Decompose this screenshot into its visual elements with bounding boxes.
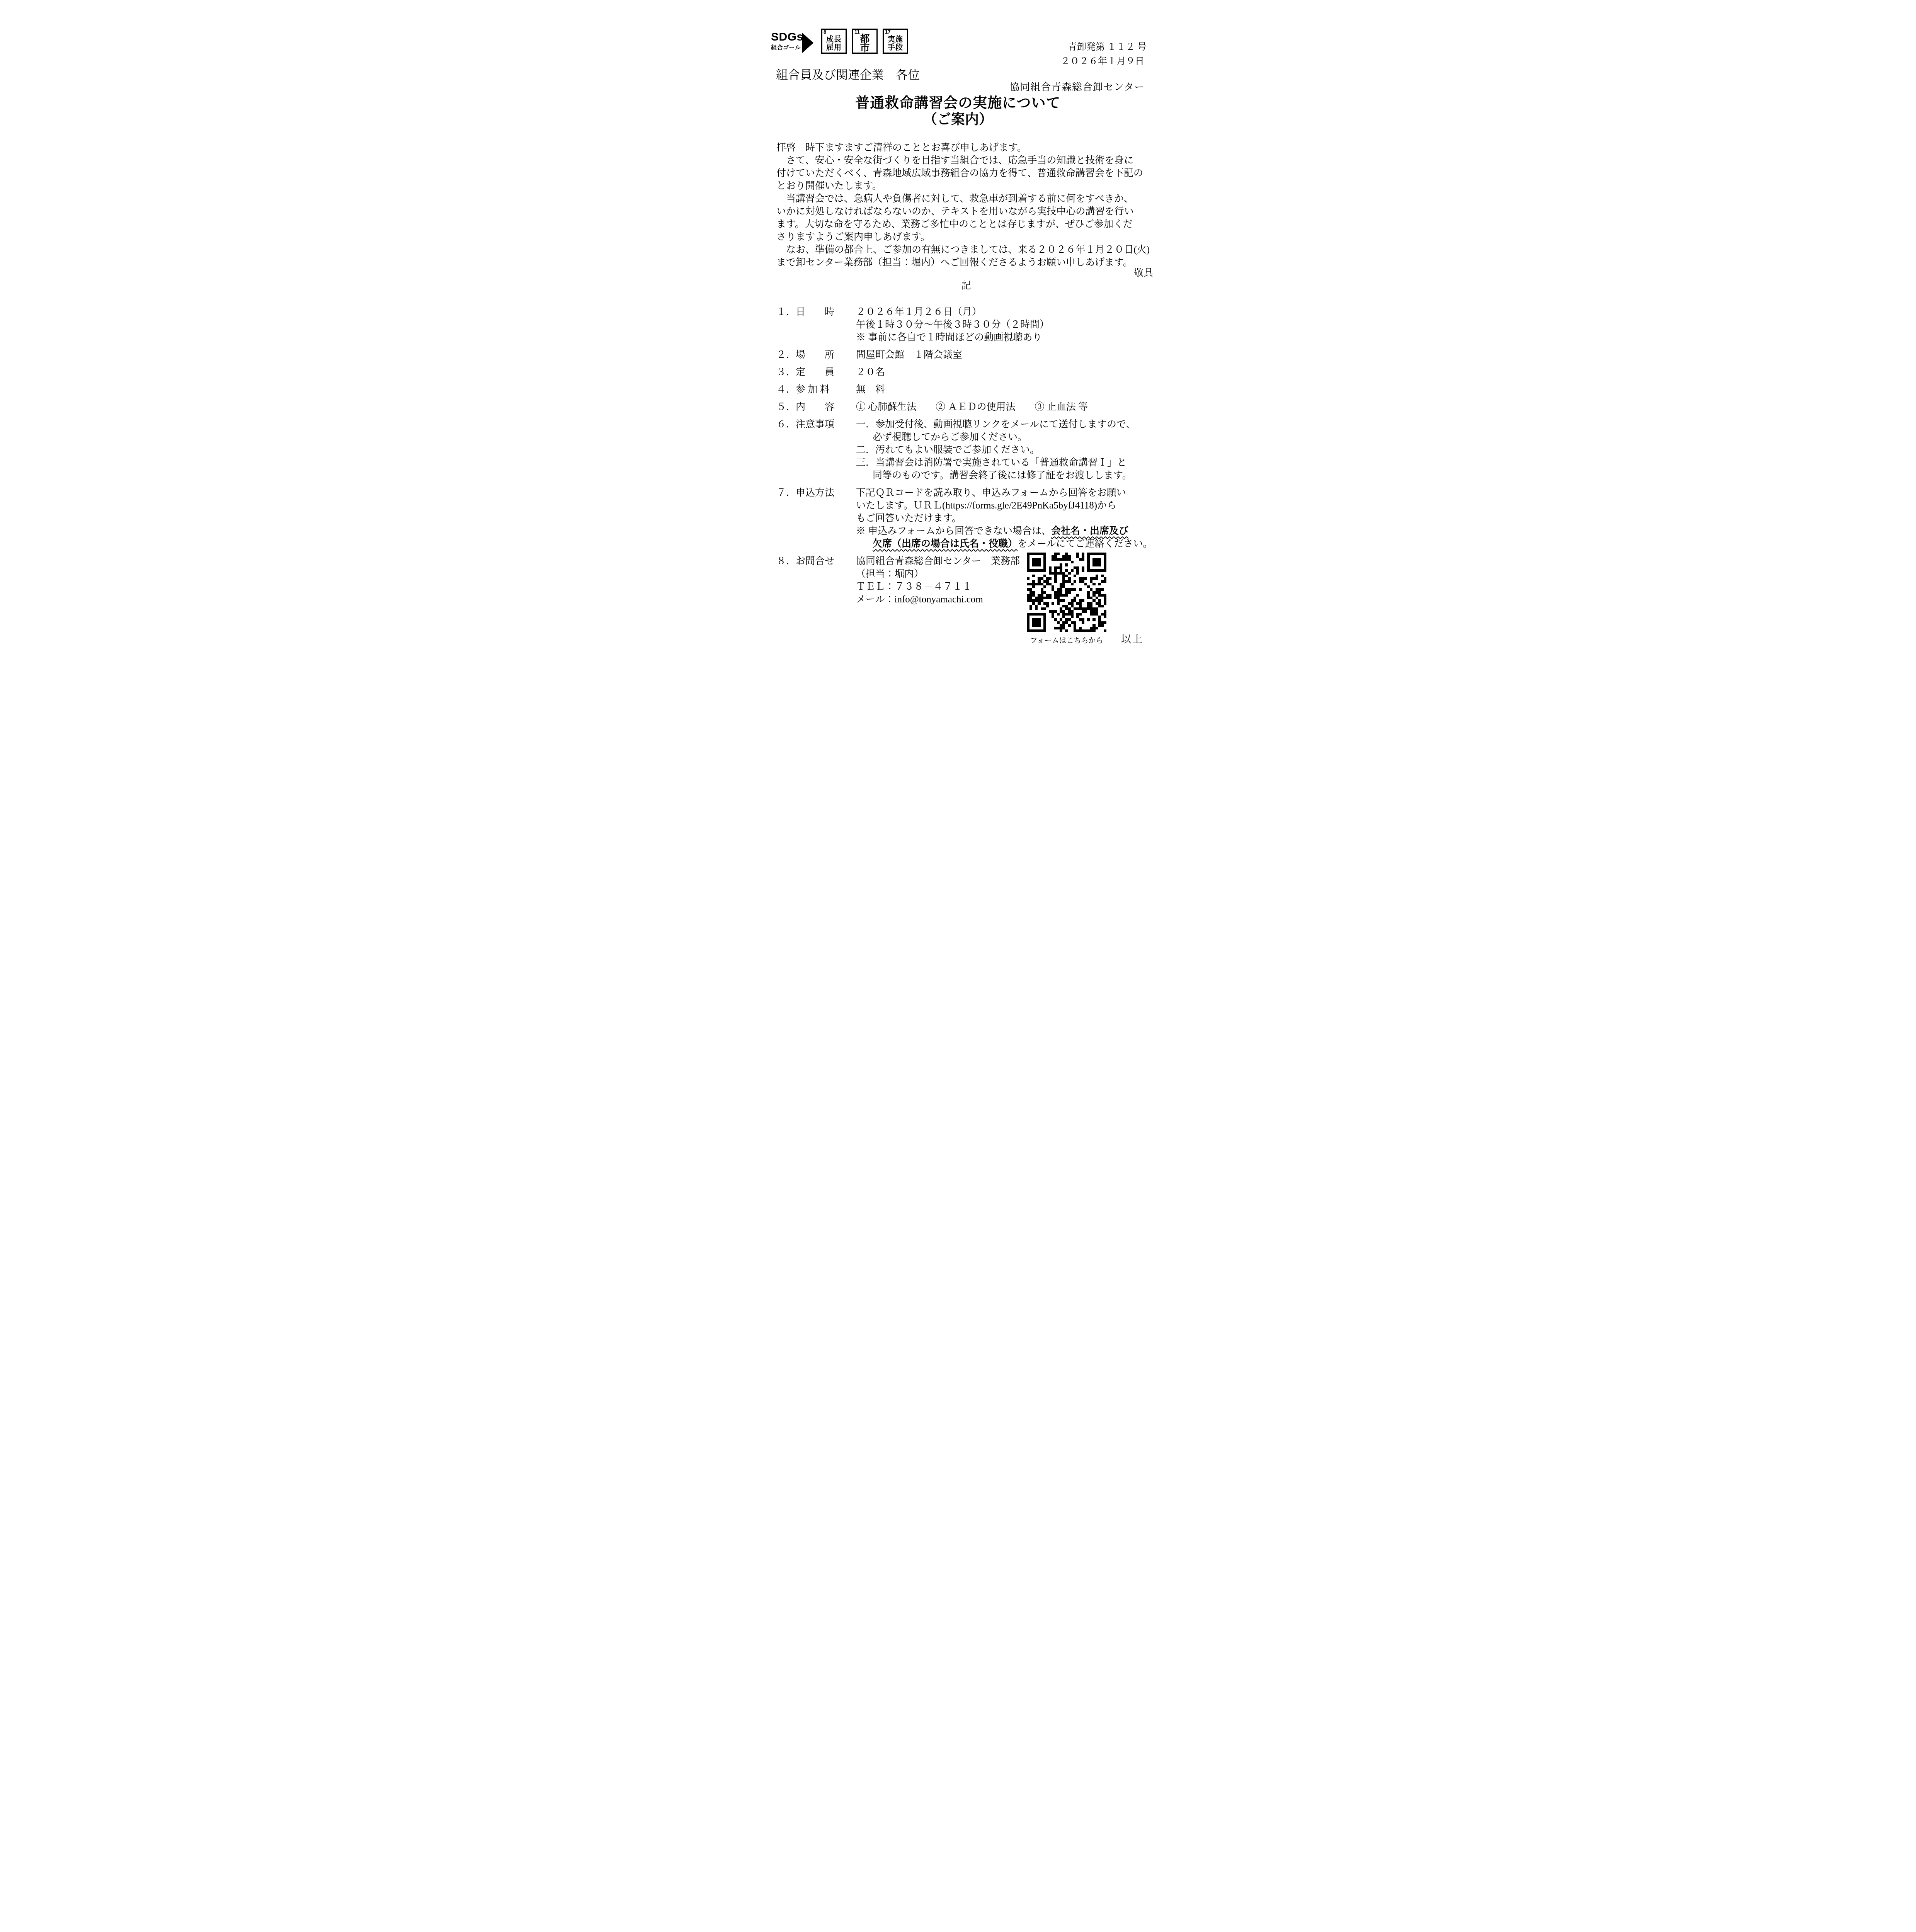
body-paragraphs: 拝啓 時下ますますご清祥のこととお喜び申しあげます。 さて、安心・安全な街づくり…: [776, 141, 1157, 269]
item-line: ① 心肺蘇生法 ② ＡＥＤの使用法 ③ 止血法 等: [856, 401, 1157, 413]
goal-rows: 都市: [853, 34, 876, 53]
item-label: ４．参 加 料: [776, 383, 856, 396]
sdgs-goal-badge: 11都市: [852, 29, 878, 54]
item-value: 問屋町会館 １階会議室: [856, 349, 1157, 361]
goal-rows: 成長雇用: [822, 34, 846, 53]
plain-text: 協同組合青森総合卸センター 業務部: [856, 556, 1020, 566]
list-item: ４．参 加 料無 料: [776, 383, 1157, 396]
item-line: ※ 事前に各自で１時間ほどの動画視聴あり: [856, 331, 1157, 344]
page-subtitle: （ご案内）: [718, 109, 1198, 128]
list-item: ２．場 所問屋町会館 １階会議室: [776, 349, 1157, 361]
plain-text: ２０名: [856, 367, 885, 378]
qr-block: フォームはこちらから: [1027, 553, 1106, 645]
doc-date: ２０２６年１月９日: [1061, 53, 1144, 67]
list-item: ３．定 員２０名: [776, 366, 1157, 379]
item-line: （担当：堀内）: [856, 568, 1157, 580]
goal-row-label: 雇用: [826, 44, 842, 52]
item-label: ８．お問合せ: [776, 555, 856, 606]
item-line: 同等のものです。講習会終了後には修了証をお渡しします。: [856, 469, 1157, 482]
body-line: まで卸センター業務部（担当：堀内）へご回報くださるようお願い申しあげます。: [776, 256, 1157, 269]
body-line: さりますようご案内申しあげます。: [776, 231, 1157, 243]
plain-text: いたします。ＵＲＬ(https://forms.gle/2E49PnKa5byf…: [856, 500, 1116, 511]
record-mark: 記: [776, 279, 1157, 292]
qr-code: [1027, 553, 1106, 632]
body-line: 拝啓 時下ますますご清祥のこととお喜び申しあげます。: [776, 141, 1157, 154]
plain-text: ※ 事前に各自で１時間ほどの動画視聴あり: [856, 332, 1042, 343]
sdgs-label: SDGs: [771, 31, 803, 43]
item-line: メール：info@tonyamachi.com: [856, 593, 1157, 606]
item-line: 二．汚れてもよい服装でご参加ください。: [856, 444, 1157, 456]
document-page: SDGs 組合ゴール 8成長雇用11都市17実施手段 青卸発第 １１２ 号 ２０…: [718, 0, 1198, 678]
end-mark: 以上: [1121, 631, 1143, 646]
item-label: ７．申込方法: [776, 486, 856, 550]
item-line: 欠席（出席の場合は氏名・役職）をメールにてご連絡ください。: [856, 537, 1157, 550]
emphasized-text: 会社名・出席及び: [1051, 526, 1128, 536]
item-line: 午後１時３０分～午後３時３０分（２時間）: [856, 318, 1157, 331]
item-value: 無 料: [856, 383, 1157, 396]
item-value: ２０２６年１月２６日（月）午後１時３０分～午後３時３０分（２時間）※ 事前に各自…: [856, 306, 1157, 344]
item-line: 無 料: [856, 383, 1157, 396]
sdgs-sublabel: 組合ゴール: [771, 45, 803, 51]
sdgs-goal-badge: 8成長雇用: [821, 29, 847, 54]
plain-text: 問屋町会館 １階会議室: [856, 350, 962, 360]
qr-caption: フォームはこちらから: [1027, 635, 1106, 645]
plain-text: メール：info@tonyamachi.com: [856, 594, 983, 605]
goal-number: 8: [824, 29, 826, 35]
item-line: 必ず視聴してからご参加ください。: [856, 431, 1157, 444]
item-label: ３．定 員: [776, 366, 856, 379]
item-line: ＴＥＬ：７３８－４７１１: [856, 580, 1157, 593]
item-line: いたします。ＵＲＬ(https://forms.gle/2E49PnKa5byf…: [856, 499, 1157, 512]
body-line: ます。大切な命を守るため、業務ご多忙中のこととは存じますが、ぜひご参加くだ: [776, 218, 1157, 231]
list-item: ５．内 容① 心肺蘇生法 ② ＡＥＤの使用法 ③ 止血法 等: [776, 401, 1157, 413]
item-value: 一．参加受付後、動画視聴リンクをメールにて送付しますので、必ず視聴してからご参加…: [856, 418, 1157, 482]
item-line: ２０名: [856, 366, 1157, 379]
plain-text: 必ず視聴してからご参加ください。: [873, 432, 1027, 442]
item-value: ① 心肺蘇生法 ② ＡＥＤの使用法 ③ 止血法 等: [856, 401, 1157, 413]
plain-text: 三．当講習会は消防署で実施されている「普通救命講習Ｉ」と: [856, 457, 1126, 468]
body-line: 付けていただくべく、青森地域広域事務組合の協力を得て、普通救命講習会を下記の: [776, 167, 1157, 180]
plain-text: もご回答いただけます。: [856, 513, 961, 524]
item-label: ２．場 所: [776, 349, 856, 361]
list-item: ７．申込方法下記ＱＲコードを読み取り、申込みフォームから回答をお願いいたします。…: [776, 486, 1157, 550]
plain-text: 無 料: [856, 384, 885, 395]
item-line: 問屋町会館 １階会議室: [856, 349, 1157, 361]
plain-text: ＴＥＬ：７３８－４７１１: [856, 582, 972, 592]
goal-number: 11: [854, 29, 860, 35]
plain-text: ２０２６年１月２６日（月）: [856, 307, 982, 317]
plain-text: （担当：堀内）: [856, 569, 924, 579]
body-line: さて、安心・安全な街づくりを目指す当組合では、応急手当の知識と技術を身に: [776, 154, 1157, 167]
item-label: ５．内 容: [776, 401, 856, 413]
plain-text: 一．参加受付後、動画視聴リンクをメールにて送付しますので、: [856, 419, 1136, 430]
item-line: 一．参加受付後、動画視聴リンクをメールにて送付しますので、: [856, 418, 1157, 431]
item-label: １．日 時: [776, 306, 856, 344]
goal-row-label: 手段: [888, 44, 903, 52]
emphasized-text: 欠席（出席の場合は氏名・役職）: [873, 539, 1018, 549]
goal-rows: 実施手段: [884, 34, 907, 53]
doc-number: 青卸発第 １１２ 号: [1068, 39, 1147, 53]
plain-text: 下記ＱＲコードを読み取り、申込みフォームから回答をお願い: [856, 488, 1126, 498]
sdgs-logo-block: SDGs 組合ゴール 8成長雇用11都市17実施手段: [771, 29, 910, 54]
item-value: 協同組合青森総合卸センター 業務部（担当：堀内）ＴＥＬ：７３８－４７１１メール：…: [856, 555, 1157, 606]
letter-body: 拝啓 時下ますますご清祥のこととお喜び申しあげます。 さて、安心・安全な街づくり…: [776, 141, 1157, 611]
plain-text: ※ 申込みフォームから回答できない場合は、: [856, 526, 1051, 536]
body-line: いかに対処しなければならないのか、テキストを用いながら実技中心の講習を行い: [776, 205, 1157, 218]
item-line: もご回答いただけます。: [856, 512, 1157, 525]
goal-row-label: 都: [860, 34, 870, 44]
sdgs-label-stack: SDGs 組合ゴール: [771, 31, 803, 51]
list-item: １．日 時２０２６年１月２６日（月）午後１時３０分～午後３時３０分（２時間）※ …: [776, 306, 1157, 344]
sdgs-goal-badge: 17実施手段: [883, 29, 908, 54]
plain-text: 二．汚れてもよい服装でご参加ください。: [856, 445, 1040, 455]
item-value: 下記ＱＲコードを読み取り、申込みフォームから回答をお願いいたします。ＵＲＬ(ht…: [856, 486, 1157, 550]
goal-row-label: 成長: [826, 36, 842, 44]
item-line: 協同組合青森総合卸センター 業務部: [856, 555, 1157, 568]
item-line: ※ 申込みフォームから回答できない場合は、会社名・出席及び: [856, 525, 1157, 537]
goal-row-label: 実施: [888, 36, 903, 44]
body-line: なお、準備の都合上、ご参加の有無につきましては、来る２０２６年１月２０日(火): [776, 243, 1157, 256]
item-line: 三．当講習会は消防署で実施されている「普通救命講習Ｉ」と: [856, 456, 1157, 469]
plain-text: 午後１時３０分～午後３時３０分（２時間）: [856, 320, 1049, 330]
body-line: とおり開催いたします。: [776, 180, 1157, 192]
body-line: 当講習会では、急病人や負傷者に対して、救急車が到着する前に何をすべきか、: [776, 192, 1157, 205]
plain-text: をメールにてご連絡ください。: [1018, 539, 1153, 549]
goal-number: 17: [885, 29, 890, 35]
arrow-right-icon: [802, 33, 813, 53]
plain-text: 同等のものです。講習会終了後には修了証をお渡しします。: [873, 470, 1132, 481]
list-item: ６．注意事項一．参加受付後、動画視聴リンクをメールにて送付しますので、必ず視聴し…: [776, 418, 1157, 482]
plain-text: ① 心肺蘇生法 ② ＡＥＤの使用法 ③ 止血法 等: [856, 402, 1088, 412]
item-label: ６．注意事項: [776, 418, 856, 482]
item-line: ２０２６年１月２６日（月）: [856, 306, 1157, 318]
goal-row-label: 市: [860, 44, 870, 53]
addressee-line: 組合員及び関連企業 各位: [776, 65, 920, 82]
item-line: 下記ＱＲコードを読み取り、申込みフォームから回答をお願い: [856, 486, 1157, 499]
item-value: ２０名: [856, 366, 1157, 379]
